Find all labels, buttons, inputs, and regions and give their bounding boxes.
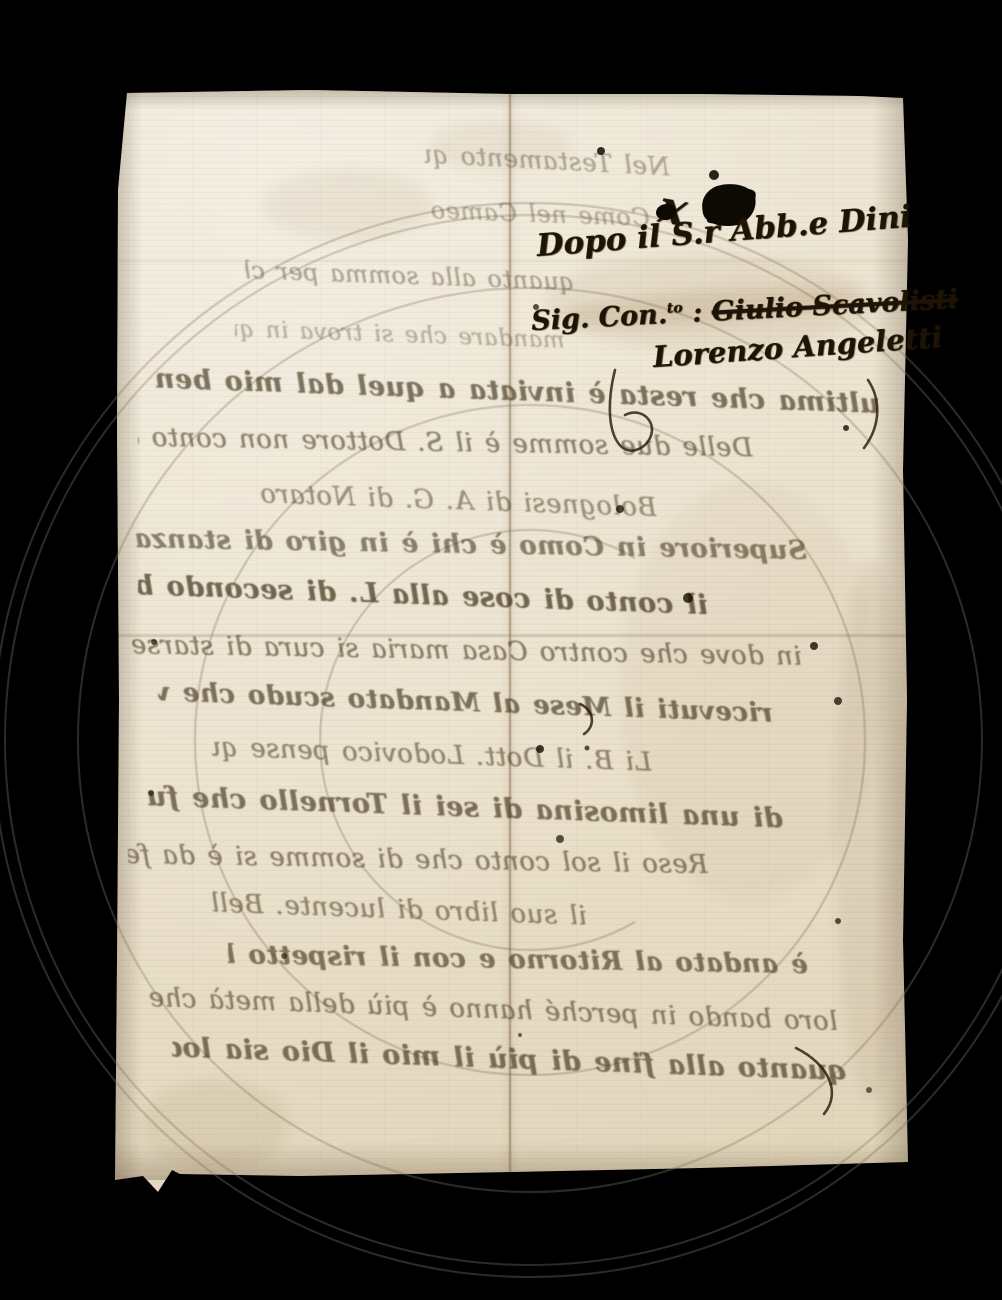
annotation-colon: :	[682, 297, 712, 329]
ink-speck	[835, 918, 841, 924]
photograph-of-manuscript: Nel Testamento quiCome nel Cameo siquant…	[0, 0, 1002, 1300]
ink-flourish	[864, 380, 877, 448]
ink-speck	[556, 835, 564, 843]
ink-specks-group	[148, 147, 872, 1093]
ink-speck	[834, 697, 842, 705]
ink-speck	[281, 953, 287, 959]
ink-flourish	[580, 704, 592, 734]
ink-speck	[585, 746, 590, 751]
ink-speck	[616, 505, 624, 513]
ink-speck	[151, 639, 157, 645]
annotation-superscript: to	[666, 300, 683, 317]
ink-flourish	[796, 1048, 832, 1114]
ink-speck	[866, 1087, 872, 1093]
ink-flourishes	[0, 0, 1002, 1300]
ink-speck	[518, 1033, 522, 1037]
ink-flourish	[610, 370, 652, 451]
ink-speck	[597, 147, 605, 155]
ink-speck	[536, 745, 544, 753]
ink-speck	[810, 642, 818, 650]
ink-speck	[148, 790, 154, 796]
ink-speck	[683, 593, 693, 603]
ink-speck	[709, 170, 719, 180]
ink-speck	[843, 425, 849, 431]
